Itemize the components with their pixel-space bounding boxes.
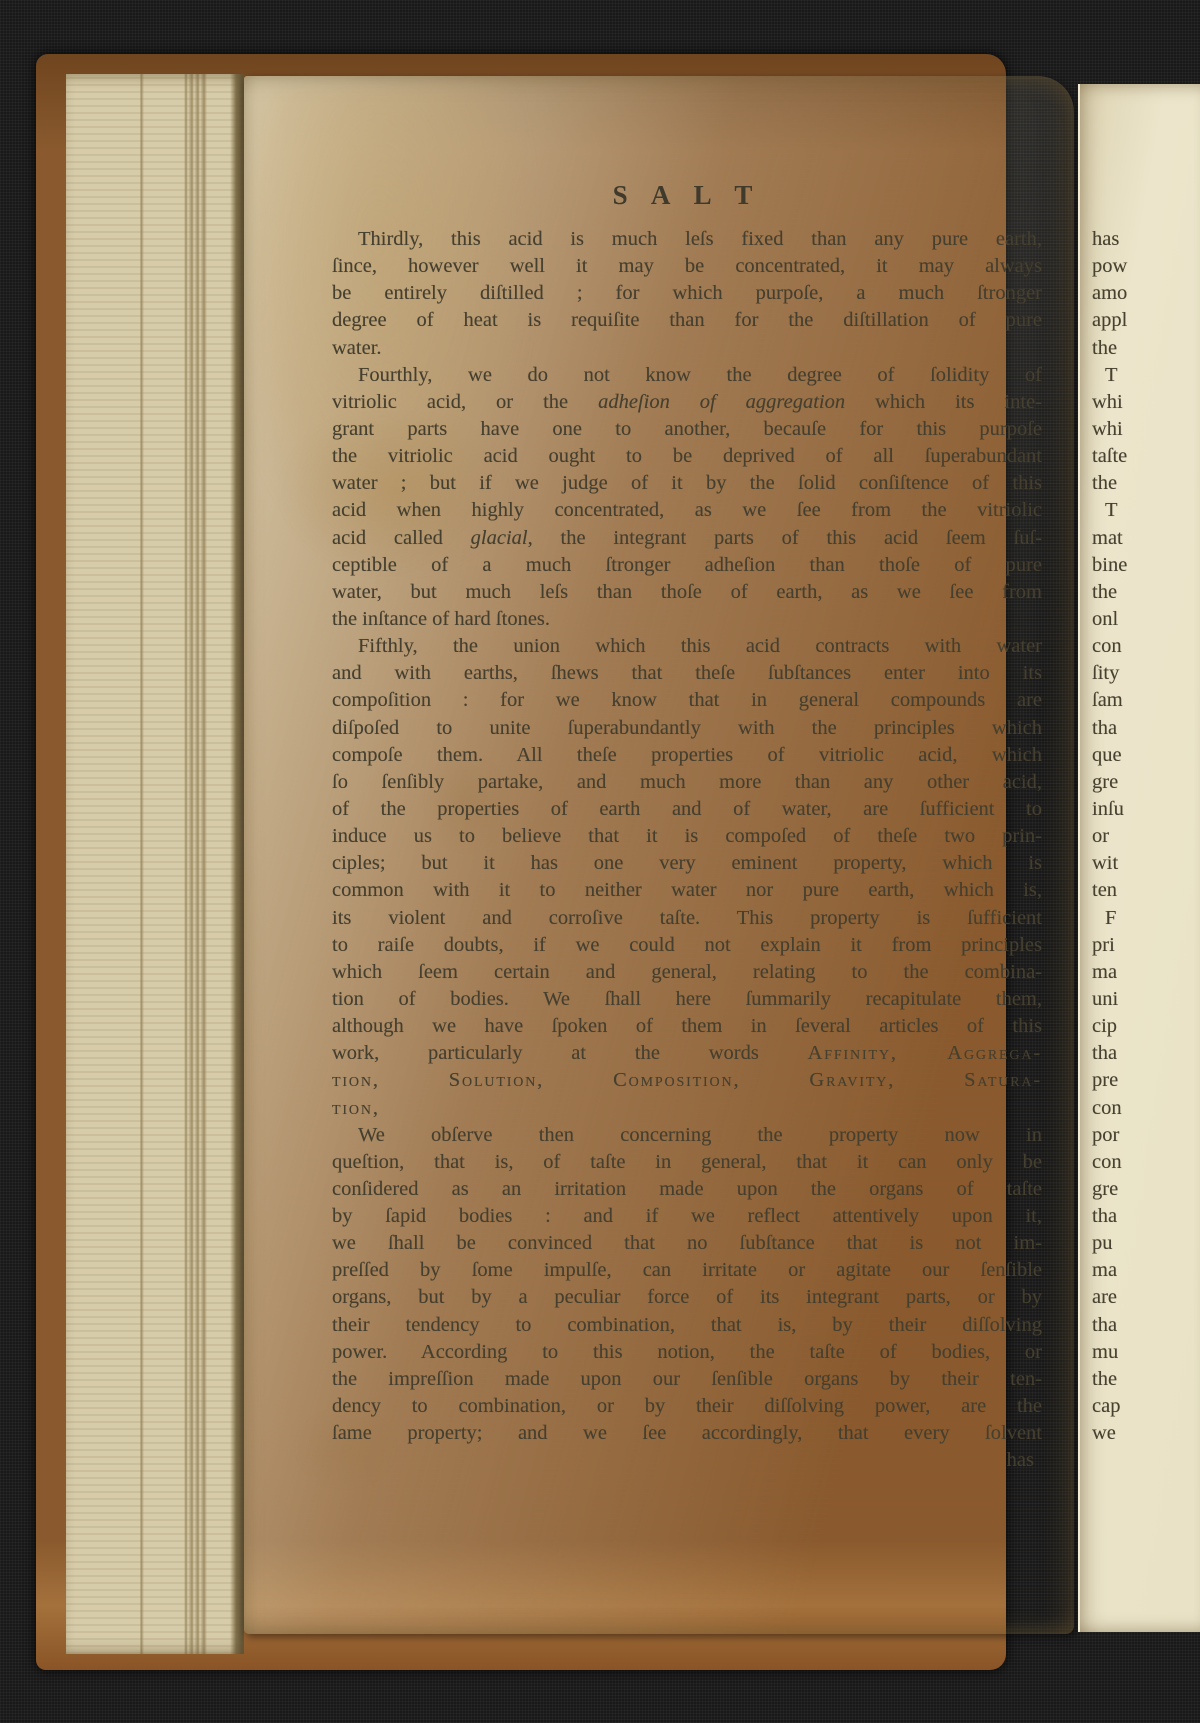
text-run: tha [1092,1205,1117,1227]
text-run: tha [1092,1042,1117,1064]
text-line: ceptible of a much ſtronger adheſion tha… [332,552,1042,579]
text-line: of the properties of earth and of water,… [332,796,1042,823]
text-line: the inſtance of hard ſtones. [332,606,1042,633]
fragment-line: pow [1092,253,1200,280]
text-run: whi [1092,418,1123,440]
fragment-line: the [1092,470,1200,497]
text-run: dency to combination, or by their diſſol… [332,1395,1042,1417]
text-run: pow [1092,255,1127,277]
text-line: vitriolic acid, or the adheſion of aggre… [332,389,1042,416]
fragment-line: tha [1092,1312,1200,1339]
text-run: gre [1092,771,1118,793]
text-line: ciples; but it has one very eminent prop… [332,850,1042,877]
text-run: wit [1092,852,1118,874]
page-fore-edge-stack [66,74,244,1654]
text-line: acid called glacial, the integrant parts… [332,525,1042,552]
text-run: ten [1092,879,1117,901]
text-run: mu [1092,1341,1118,1363]
text-line: degree of heat is requiſite than for the… [332,307,1042,334]
text-run-smallcaps: tion, Solution, Composition, Gravity, Sa… [332,1069,1042,1091]
text-run: its violent and corroſive taſte. This pr… [332,907,1042,929]
fragment-line: pri [1092,932,1200,959]
text-run: grant parts have one to another, becauſe… [332,418,1042,440]
fragment-line: tha [1092,715,1200,742]
text-line: water ; but if we judge of it by the ſol… [332,470,1042,497]
text-run: ſame property; and we ſee accordingly, t… [332,1422,1042,1444]
text-line: which ſeem certain and general, relating… [332,959,1042,986]
text-run: tha [1092,717,1117,739]
text-run: common with it to neither water nor pure… [332,879,1042,901]
text-run: ſam [1092,689,1123,711]
text-run: of the properties of earth and of water,… [332,798,1042,820]
text-run: compoſition : for we know that in genera… [332,689,1042,711]
text-run: ſince, however well it may be concentrat… [332,255,1042,277]
text-line: ſince, however well it may be concentrat… [332,253,1042,280]
fragment-line: whi [1092,416,1200,443]
text-run: appl [1092,309,1127,331]
text-run: tha [1092,1314,1117,1336]
fragment-line: gre [1092,769,1200,796]
text-run: tion of bodies. We ſhall here ſummarily … [332,988,1042,1010]
text-run: ciples; but it has one very eminent prop… [332,852,1042,874]
text-run: the [1092,581,1117,603]
text-line: although we have ſpoken of them in ſever… [332,1013,1042,1040]
fragment-line: wit [1092,850,1200,877]
fragment-line: mu [1092,1339,1200,1366]
text-line: and with earths, ſhews that theſe ſubſta… [332,660,1042,687]
text-run: the vitriolic acid ought to be deprived … [332,445,1042,467]
fragment-line: are [1092,1284,1200,1311]
text-run: acid called [332,527,471,549]
text-run: preſſed by ſome impulſe, can irritate or… [332,1259,1042,1281]
body-text: Thirdly, this acid is much leſs fixed th… [332,226,1042,1474]
fragment-line: con [1092,633,1200,660]
text-run: onl [1092,608,1118,630]
page-header: S A L T [332,180,1042,211]
next-page-edge: haspowamoappltheTwhiwhitaſtetheTmatbinet… [1078,84,1200,1632]
fragment-line: ma [1092,959,1200,986]
fragment-line: con [1092,1095,1200,1122]
text-run: uni [1092,988,1118,1010]
fragment-line: por [1092,1122,1200,1149]
text-run: are [1092,1286,1117,1308]
text-line: water. [332,335,1042,362]
text-run: cap [1092,1395,1120,1417]
text-run-smallcaps: Affinity, Aggrega- [808,1042,1042,1064]
text-run: T [1105,364,1118,386]
fragment-line: tha [1092,1203,1200,1230]
text-run: pre [1092,1069,1118,1091]
text-line: tion, [332,1095,1042,1122]
text-run: Fourthly, we do not know the degree of ſ… [358,364,1042,386]
fragment-line: we [1092,1420,1200,1447]
text-run: We obſerve then concerning the property … [358,1124,1042,1146]
text-run: water. [332,337,382,359]
fragment-line: tha [1092,1040,1200,1067]
text-run: power. According to this notion, the taſ… [332,1341,1042,1363]
catchword: has [332,1447,1042,1474]
text-run: water ; but if we judge of it by the ſol… [332,472,1042,494]
fragment-line: has [1092,226,1200,253]
text-run: con [1092,635,1122,657]
text-run: amo [1092,282,1127,304]
fragment-line: ſam [1092,687,1200,714]
text-run: mat [1092,527,1123,549]
text-run: or [1092,825,1109,847]
fragment-line: cip [1092,1013,1200,1040]
text-run: , the integrant parts of this acid ſeem … [528,527,1042,549]
text-run-italic: glacial [471,527,528,549]
text-line: compoſe them. All theſe properties of vi… [332,742,1042,769]
text-run: degree of heat is requiſite than for the… [332,309,1042,331]
text-run: taſte [1092,445,1127,467]
text-run: work, particularly at the words [332,1042,808,1064]
text-line: water, but much leſs than thoſe of earth… [332,579,1042,606]
text-run: ma [1092,961,1117,983]
fragment-line: con [1092,1149,1200,1176]
text-run: to raiſe doubts, if we could not explain… [332,934,1042,956]
text-run: por [1092,1124,1119,1146]
text-run: acid when highly concentrated, as we ſee… [332,499,1042,521]
text-run: pri [1092,934,1115,956]
fragment-line: uni [1092,986,1200,1013]
text-run: has [1092,228,1119,250]
text-line: power. According to this notion, the taſ… [332,1339,1042,1366]
text-run: T [1105,499,1118,521]
text-run: gre [1092,1178,1118,1200]
fragment-line: F [1092,905,1200,932]
text-run: compoſe them. All theſe properties of vi… [332,744,1042,766]
text-run: Fifthly, the union which this acid contr… [358,635,1042,657]
text-line: We obſerve then concerning the property … [332,1122,1042,1149]
text-run: ceptible of a much ſtronger adheſion tha… [332,554,1042,576]
text-line: tion of bodies. We ſhall here ſummarily … [332,986,1042,1013]
text-run: the [1092,1368,1117,1390]
text-line: we ſhall be convinced that no ſubſtance … [332,1230,1042,1257]
text-run: and with earths, ſhews that theſe ſubſta… [332,662,1042,684]
fragment-line: pu [1092,1230,1200,1257]
text-line: the vitriolic acid ought to be deprived … [332,443,1042,470]
fragment-line: inſu [1092,796,1200,823]
text-line: organs, but by a peculiar force of its i… [332,1284,1042,1311]
text-line: induce us to believe that it is compoſed… [332,823,1042,850]
text-run: their tendency to combination, that is, … [332,1314,1042,1336]
text-run: the [1092,337,1117,359]
fragment-line: gre [1092,1176,1200,1203]
fragment-line: T [1092,362,1200,389]
text-run-smallcaps: tion, [332,1097,380,1119]
text-run: be entirely diſtilled ; for which purpoſ… [332,282,1042,304]
text-run: we ſhall be convinced that no ſubſtance … [332,1232,1042,1254]
text-line: the impreſſion made upon our ſenſible or… [332,1366,1042,1393]
fragment-line: taſte [1092,443,1200,470]
text-run: F [1105,907,1116,929]
text-run: bine [1092,554,1127,576]
text-run: ſity [1092,662,1119,684]
fragment-line: bine [1092,552,1200,579]
text-run: water, but much leſs than thoſe of earth… [332,581,1042,603]
text-run: the [1092,472,1117,494]
text-line: diſpoſed to unite ſuperabundantly with t… [332,715,1042,742]
fragment-line: ma [1092,1257,1200,1284]
text-line: preſſed by ſome impulſe, can irritate or… [332,1257,1042,1284]
text-run: organs, but by a peculiar force of its i… [332,1286,1042,1308]
text-line: Thirdly, this acid is much leſs fixed th… [332,226,1042,253]
text-line: dency to combination, or by their diſſol… [332,1393,1042,1420]
fragment-line: or [1092,823,1200,850]
text-run: induce us to believe that it is compoſed… [332,825,1042,847]
text-run: con [1092,1151,1122,1173]
text-run: vitriolic acid, or the [332,391,598,413]
text-run: queſtion, that is, of taſte in general, … [332,1151,1042,1173]
text-line: Fourthly, we do not know the degree of ſ… [332,362,1042,389]
text-run: diſpoſed to unite ſuperabundantly with t… [332,717,1042,739]
text-run: whi [1092,391,1123,413]
fragment-line: mat [1092,525,1200,552]
text-line: ſo ſenſibly partake, and much more than … [332,769,1042,796]
text-line: acid when highly concentrated, as we ſee… [332,497,1042,524]
text-line: work, particularly at the words Affinity… [332,1040,1042,1067]
text-run-italic: adheſion of aggregation [598,391,845,413]
text-run: the inſtance of hard ſtones. [332,608,550,630]
text-run: we [1092,1422,1116,1444]
fragment-line: the [1092,579,1200,606]
text-line: Fifthly, the union which this acid contr… [332,633,1042,660]
text-run: the impreſſion made upon our ſenſible or… [332,1368,1042,1390]
text-run: ſo ſenſibly partake, and much more than … [332,771,1042,793]
fragment-line: ten [1092,877,1200,904]
fragment-line: amo [1092,280,1200,307]
next-page-text-fragments: haspowamoappltheTwhiwhitaſtetheTmatbinet… [1092,226,1200,1447]
fragment-line: cap [1092,1393,1200,1420]
fragment-line: the [1092,335,1200,362]
text-line: compoſition : for we know that in genera… [332,687,1042,714]
text-run: which its inte- [845,391,1042,413]
body-text-lines: Thirdly, this acid is much leſs fixed th… [332,226,1042,1447]
text-line: its violent and corroſive taſte. This pr… [332,905,1042,932]
fragment-line: appl [1092,307,1200,334]
fragment-line: que [1092,742,1200,769]
fragment-line: the [1092,1366,1200,1393]
text-run: cip [1092,1015,1117,1037]
text-run: ma [1092,1259,1117,1281]
text-run: Thirdly, this acid is much leſs fixed th… [358,228,1042,250]
text-run: que [1092,744,1122,766]
text-line: queſtion, that is, of taſte in general, … [332,1149,1042,1176]
fragment-line: whi [1092,389,1200,416]
text-line: by ſapid bodies : and if we reflect atte… [332,1203,1042,1230]
text-run: inſu [1092,798,1124,820]
fragment-line: T [1092,497,1200,524]
text-line: ſame property; and we ſee accordingly, t… [332,1420,1042,1447]
text-line: conſidered as an irritation made upon th… [332,1176,1042,1203]
text-line: to raiſe doubts, if we could not explain… [332,932,1042,959]
text-run: which ſeem certain and general, relating… [332,961,1042,983]
text-run: conſidered as an irritation made upon th… [332,1178,1042,1200]
text-run: although we have ſpoken of them in ſever… [332,1015,1042,1037]
text-run: con [1092,1097,1122,1119]
photo-of-book-page: { "page_header": "S A L T", "catchword":… [0,0,1200,1723]
fragment-line: ſity [1092,660,1200,687]
text-run: by ſapid bodies : and if we reflect atte… [332,1205,1042,1227]
text-line: tion, Solution, Composition, Gravity, Sa… [332,1067,1042,1094]
text-run: pu [1092,1232,1113,1254]
text-line: their tendency to combination, that is, … [332,1312,1042,1339]
text-line: be entirely diſtilled ; for which purpoſ… [332,280,1042,307]
fragment-line: onl [1092,606,1200,633]
text-line: grant parts have one to another, becauſe… [332,416,1042,443]
fragment-line: pre [1092,1067,1200,1094]
text-line: common with it to neither water nor pure… [332,877,1042,904]
